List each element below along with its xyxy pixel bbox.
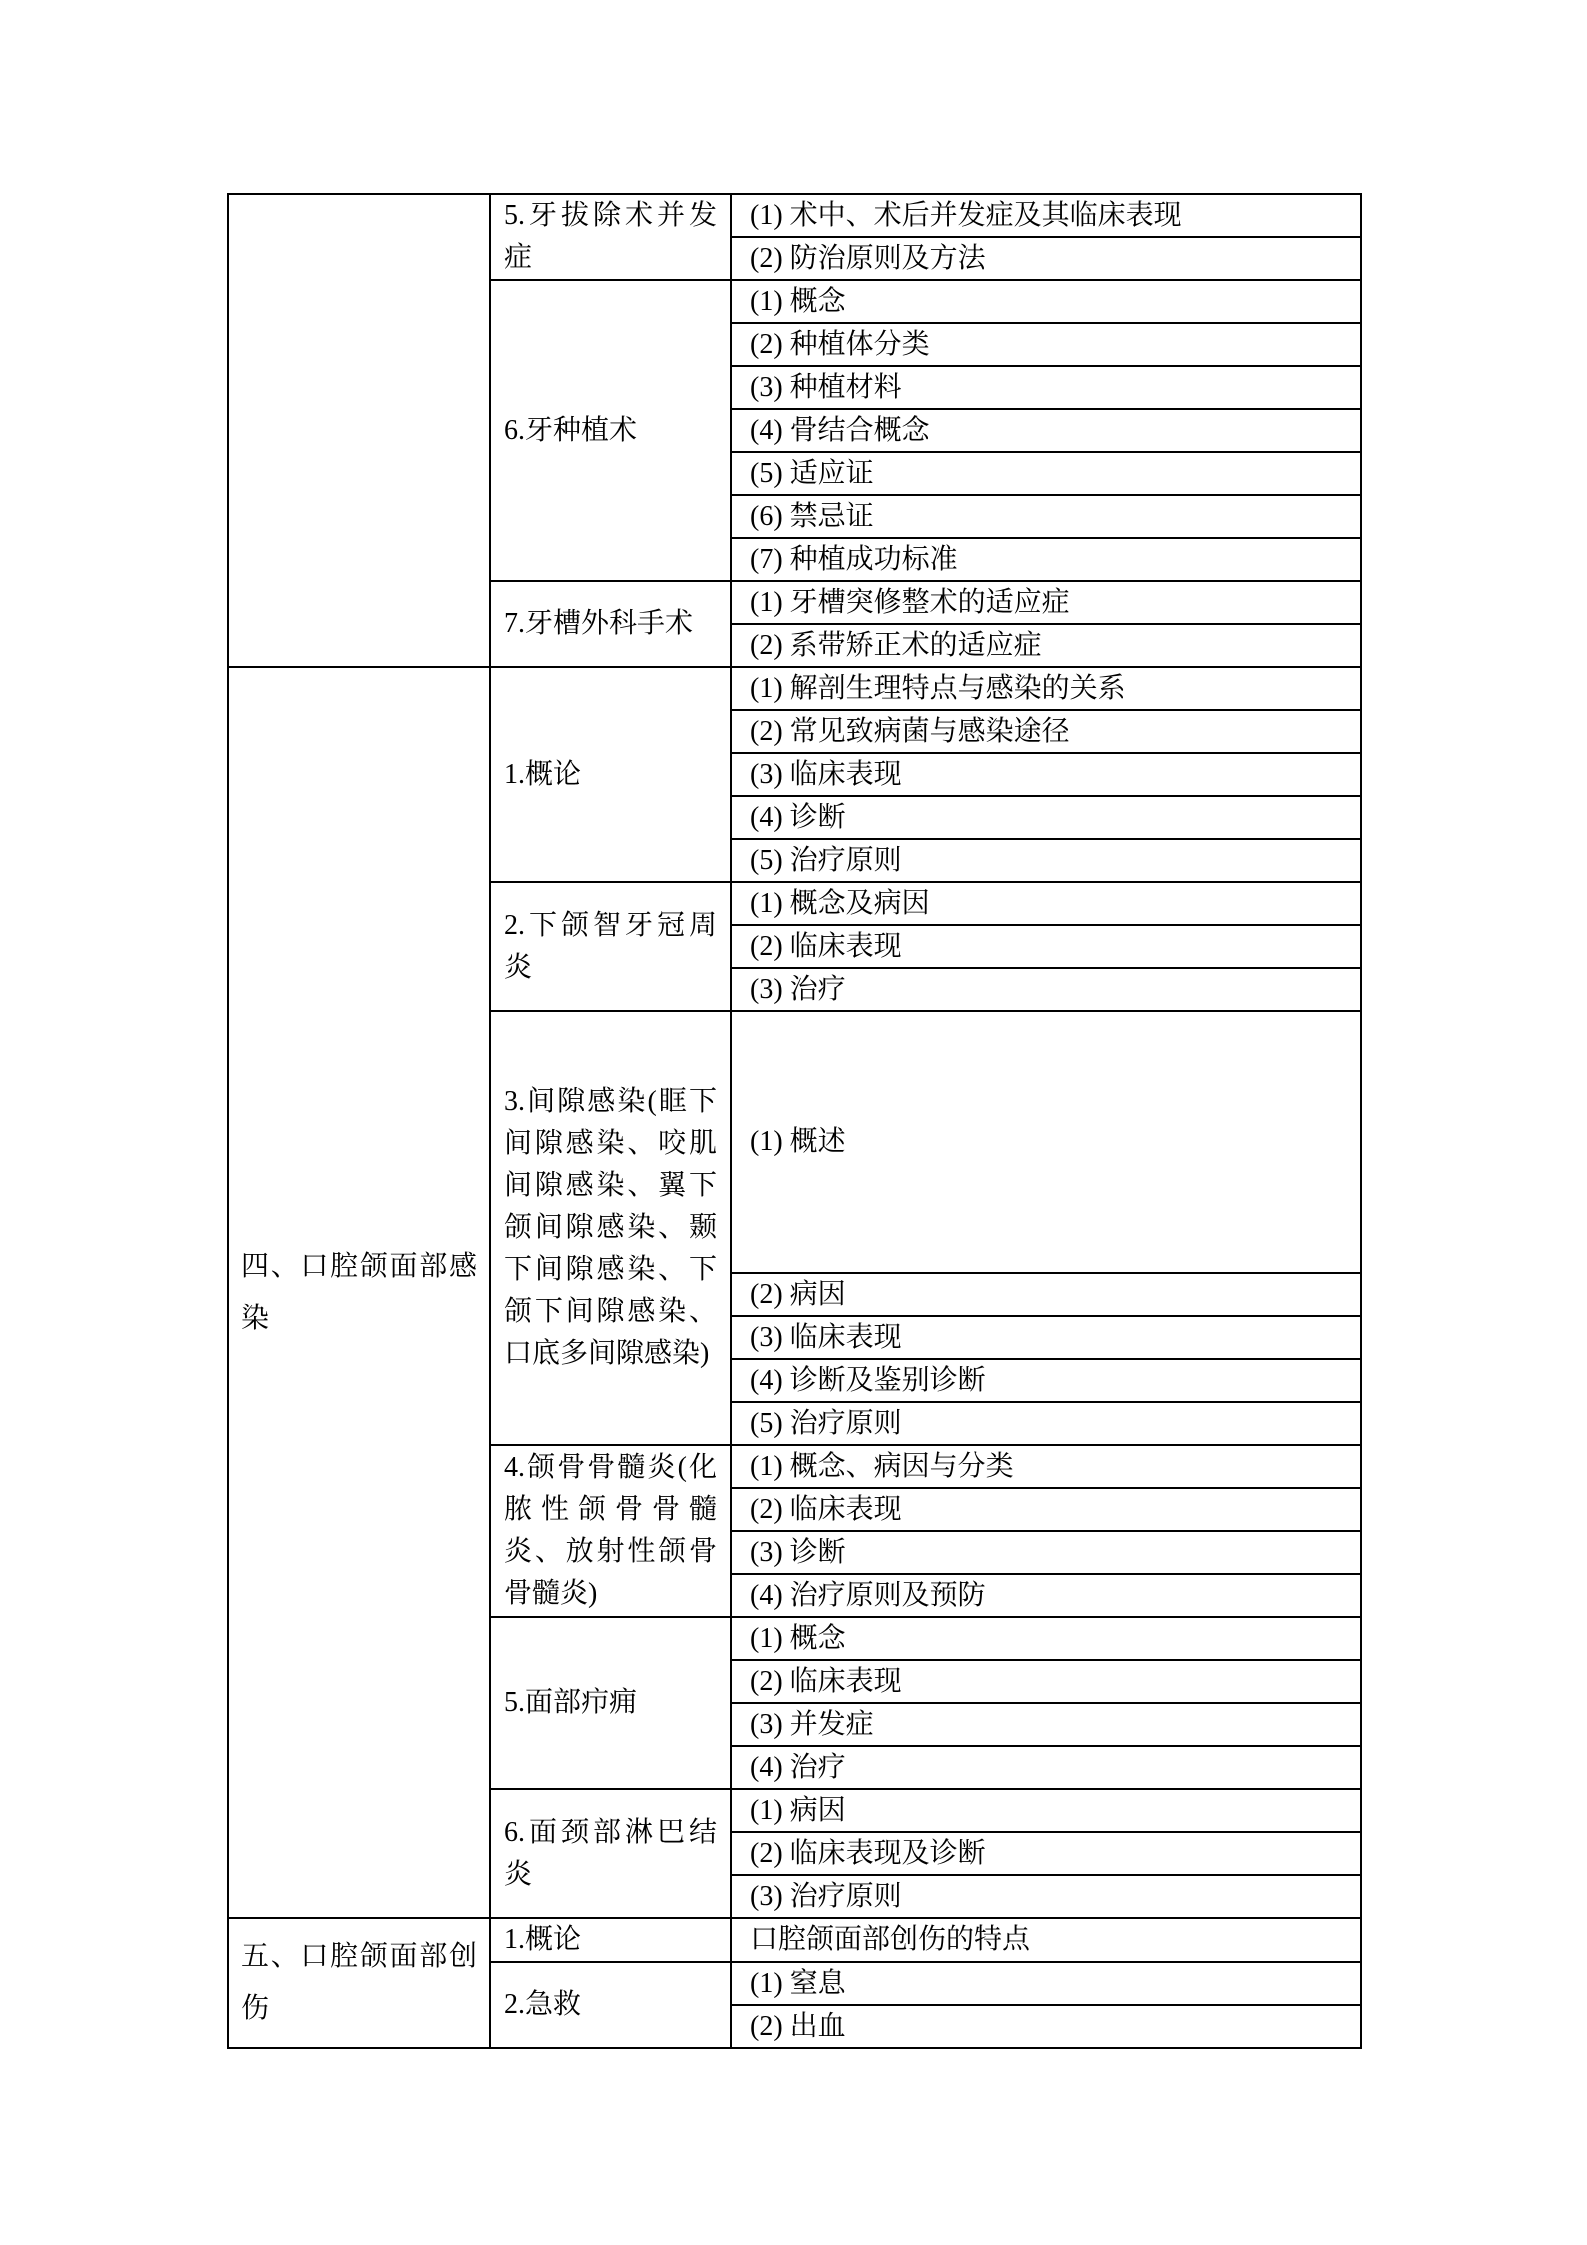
detail-item-cell: (3) 临床表现 xyxy=(731,753,1361,796)
detail-item-cell: (2) 临床表现 xyxy=(731,1488,1361,1531)
detail-item-cell: (1) 概述 xyxy=(731,1011,1361,1273)
detail-item-cell: (1) 概念 xyxy=(731,1617,1361,1660)
detail-item-cell: (1) 概念、病因与分类 xyxy=(731,1445,1361,1488)
detail-item-cell: (4) 治疗 xyxy=(731,1746,1361,1789)
topic-cell: 7.牙槽外科手术 xyxy=(490,581,731,667)
detail-item-cell: (3) 治疗原则 xyxy=(731,1875,1361,1918)
section-title-cell: 五、口腔颌面部创伤 xyxy=(228,1918,490,2048)
detail-item-cell: (4) 骨结合概念 xyxy=(731,409,1361,452)
detail-item-cell: (1) 窒息 xyxy=(731,1962,1361,2005)
detail-item-cell: (1) 术中、术后并发症及其临床表现 xyxy=(731,194,1361,237)
syllabus-table-body: 5.牙拔除术并发症(1) 术中、术后并发症及其临床表现(2) 防治原则及方法6.… xyxy=(228,194,1361,2048)
topic-cell: 1.概论 xyxy=(490,1918,731,1962)
detail-item-cell: (1) 概念 xyxy=(731,280,1361,323)
detail-item-cell: (2) 临床表现 xyxy=(731,1660,1361,1703)
detail-item-cell: (2) 种植体分类 xyxy=(731,323,1361,366)
detail-item-cell: (2) 常见致病菌与感染途径 xyxy=(731,710,1361,753)
detail-item-cell: (2) 出血 xyxy=(731,2005,1361,2048)
topic-cell: 2.下颌智牙冠周炎 xyxy=(490,882,731,1011)
detail-item-cell: (5) 治疗原则 xyxy=(731,839,1361,882)
table-row: 5.牙拔除术并发症(1) 术中、术后并发症及其临床表现 xyxy=(228,194,1361,237)
detail-item-cell: (3) 种植材料 xyxy=(731,366,1361,409)
detail-item-cell: (1) 概念及病因 xyxy=(731,882,1361,925)
detail-item-cell: (2) 临床表现 xyxy=(731,925,1361,968)
topic-cell: 3.间隙感染(眶下间隙感染、咬肌间隙感染、翼下颌间隙感染、颞下间隙感染、下颌下间… xyxy=(490,1011,731,1445)
detail-item-cell: (3) 临床表现 xyxy=(731,1316,1361,1359)
detail-item-cell: (1) 解剖生理特点与感染的关系 xyxy=(731,667,1361,710)
detail-item-cell: (4) 诊断 xyxy=(731,796,1361,839)
table-row: 五、口腔颌面部创伤1.概论口腔颌面部创伤的特点 xyxy=(228,1918,1361,1962)
document-page: 5.牙拔除术并发症(1) 术中、术后并发症及其临床表现(2) 防治原则及方法6.… xyxy=(0,0,1587,2245)
detail-item-cell: (3) 治疗 xyxy=(731,968,1361,1011)
table-row: 四、口腔颌面部感染1.概论(1) 解剖生理特点与感染的关系 xyxy=(228,667,1361,710)
detail-item-cell: (6) 禁忌证 xyxy=(731,495,1361,538)
detail-item-cell: (7) 种植成功标准 xyxy=(731,538,1361,581)
detail-item-cell: (2) 系带矫正术的适应症 xyxy=(731,624,1361,667)
topic-cell: 5.牙拔除术并发症 xyxy=(490,194,731,280)
section-title-cell: 四、口腔颌面部感染 xyxy=(228,667,490,1918)
detail-item-cell: (3) 并发症 xyxy=(731,1703,1361,1746)
detail-item-cell: (5) 适应证 xyxy=(731,452,1361,495)
topic-cell: 5.面部疖痈 xyxy=(490,1617,731,1789)
detail-item-cell: (1) 牙槽突修整术的适应症 xyxy=(731,581,1361,624)
detail-item-cell: (3) 诊断 xyxy=(731,1531,1361,1574)
detail-item-cell: (4) 诊断及鉴别诊断 xyxy=(731,1359,1361,1402)
detail-item-cell: 口腔颌面部创伤的特点 xyxy=(731,1918,1361,1962)
topic-cell: 6.牙种植术 xyxy=(490,280,731,581)
detail-item-cell: (2) 临床表现及诊断 xyxy=(731,1832,1361,1875)
section-title-cell xyxy=(228,194,490,667)
detail-item-cell: (2) 防治原则及方法 xyxy=(731,237,1361,280)
detail-item-cell: (5) 治疗原则 xyxy=(731,1402,1361,1445)
syllabus-table: 5.牙拔除术并发症(1) 术中、术后并发症及其临床表现(2) 防治原则及方法6.… xyxy=(227,193,1362,2049)
detail-item-cell: (1) 病因 xyxy=(731,1789,1361,1832)
topic-cell: 1.概论 xyxy=(490,667,731,882)
topic-cell: 4.颌骨骨髓炎(化脓性颌骨骨髓炎、放射性颌骨骨髓炎) xyxy=(490,1445,731,1617)
detail-item-cell: (2) 病因 xyxy=(731,1273,1361,1316)
topic-cell: 6.面颈部淋巴结炎 xyxy=(490,1789,731,1918)
topic-cell: 2.急救 xyxy=(490,1962,731,2048)
detail-item-cell: (4) 治疗原则及预防 xyxy=(731,1574,1361,1617)
